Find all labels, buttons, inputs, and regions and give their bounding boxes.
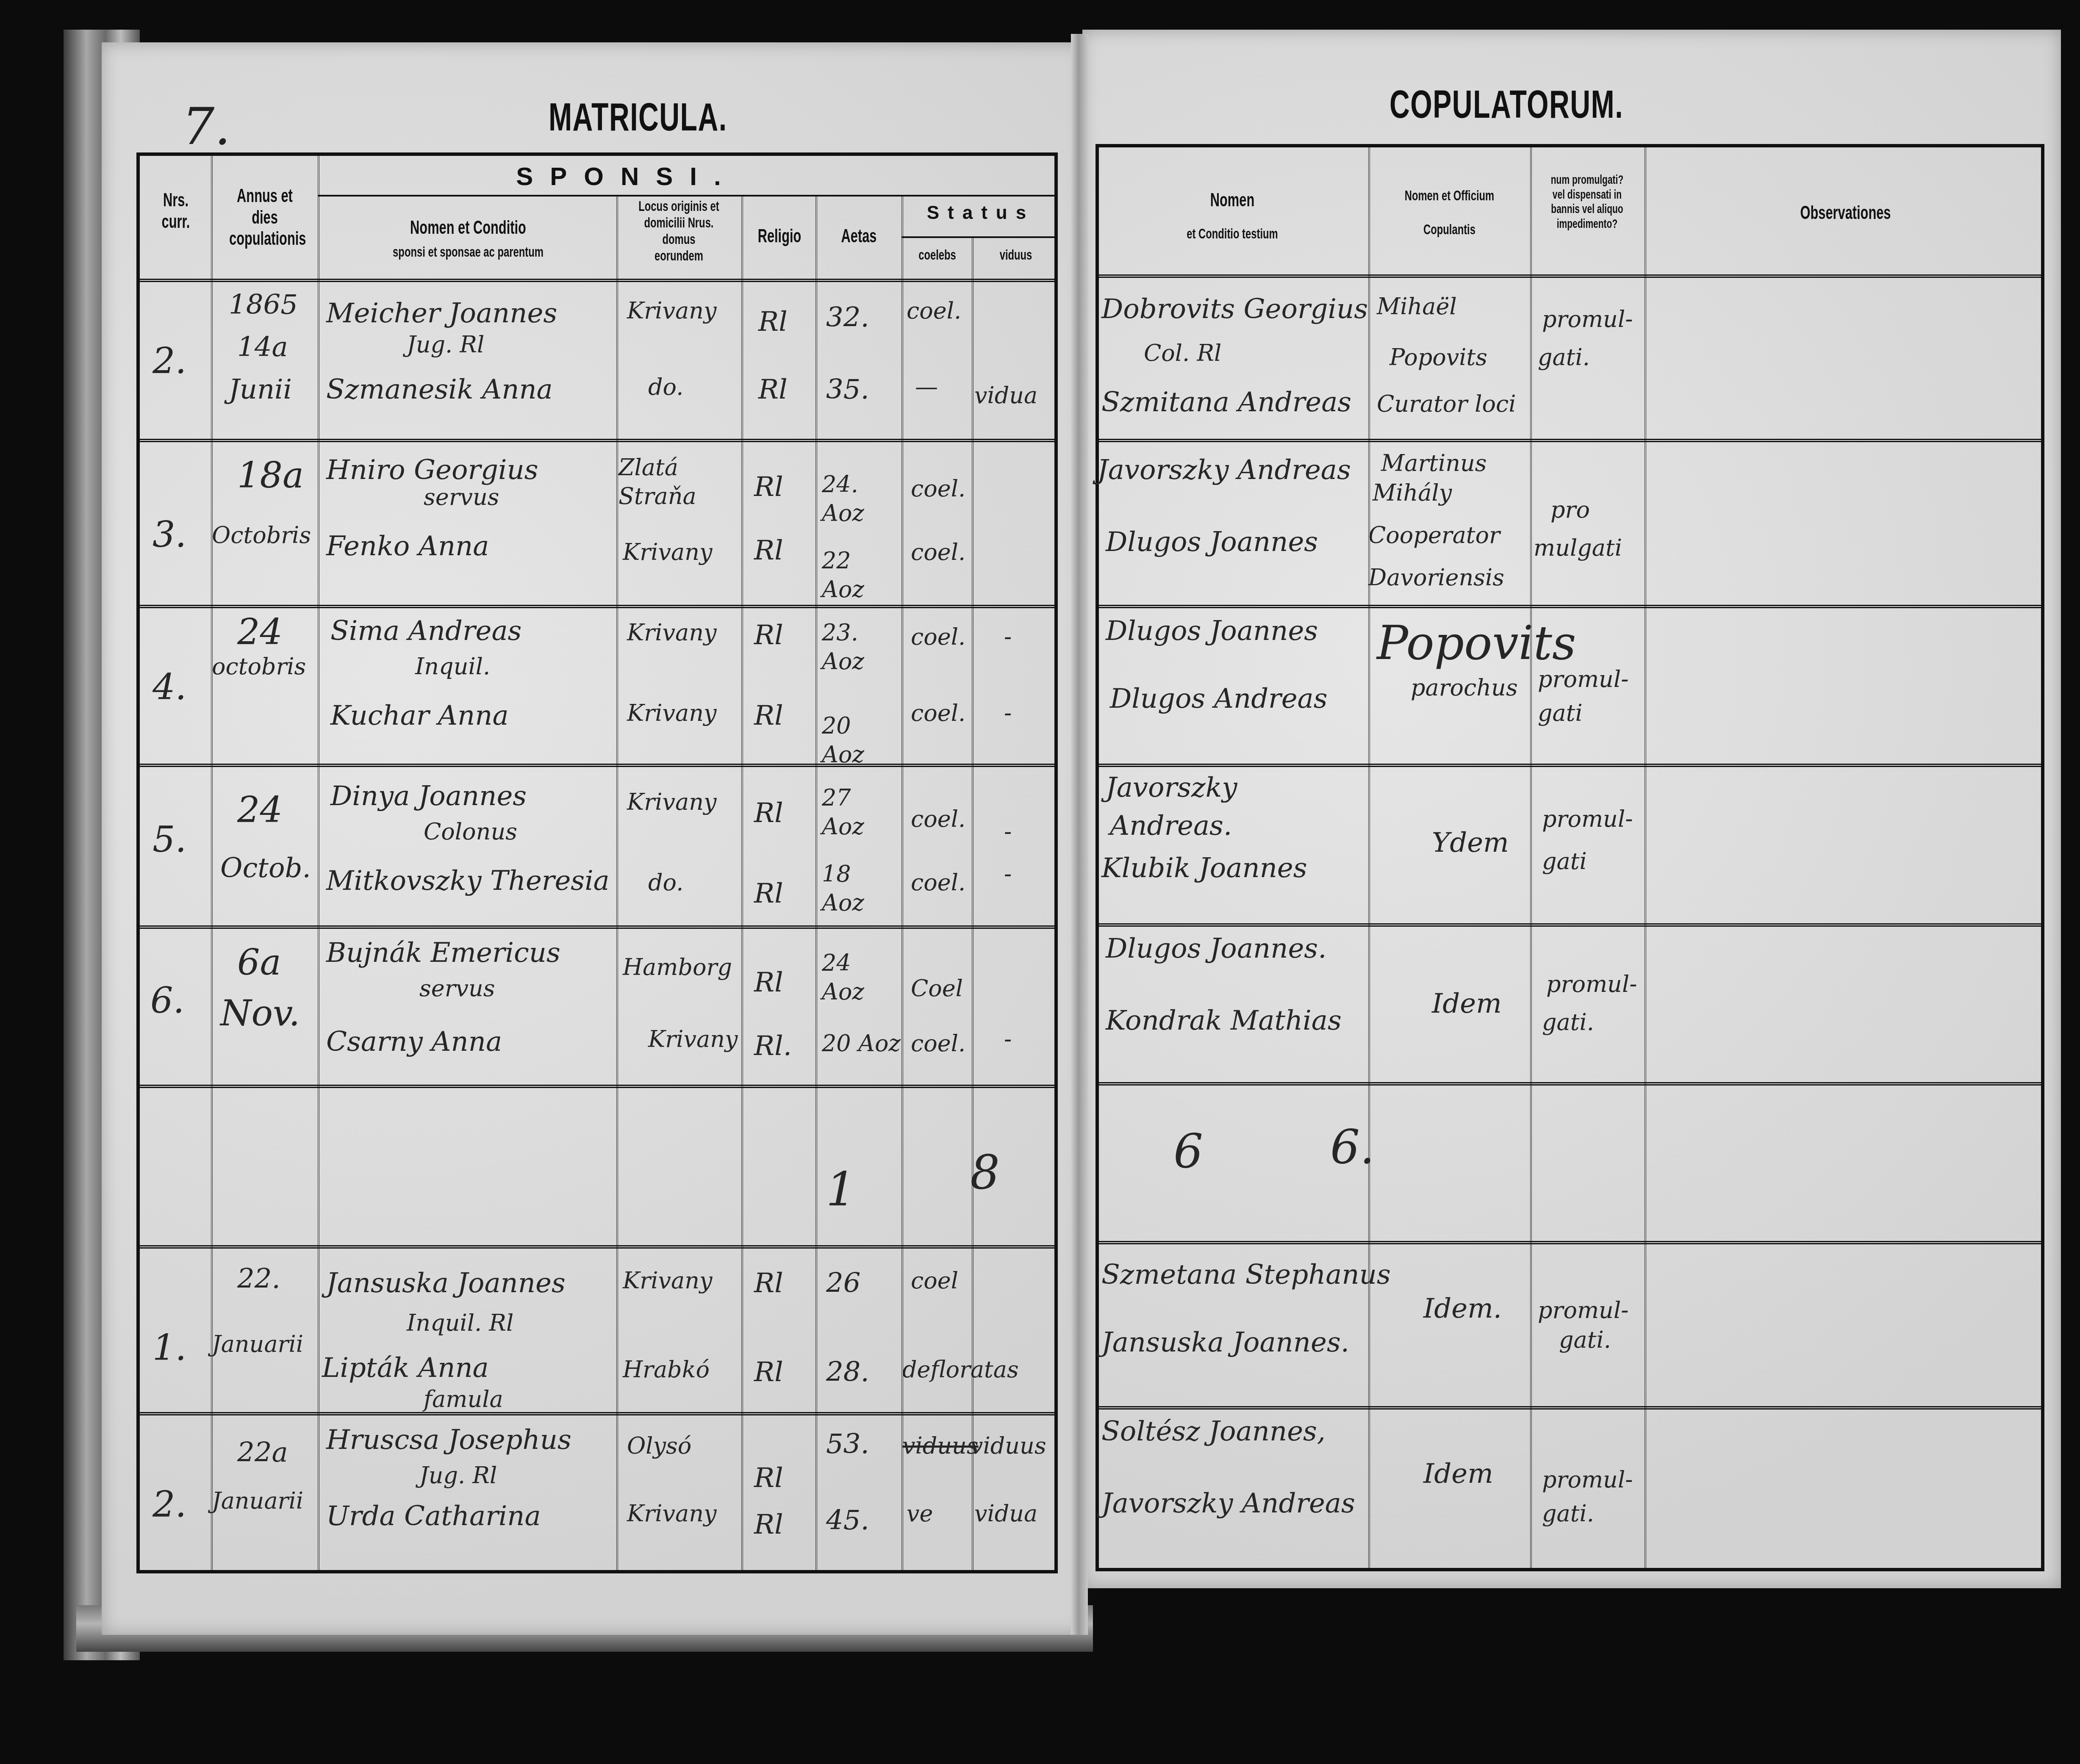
coelebs-bride: coel.	[911, 538, 965, 567]
date-day: 14a	[237, 330, 288, 364]
viduus-bride: -	[1004, 860, 1012, 889]
groom-name: Hruscsa Josephus	[326, 1423, 571, 1457]
copulans-line-1: Ydem	[1432, 826, 1509, 860]
coelebs-groom: coel.	[911, 805, 965, 834]
copulans-line-4: Davoriensis	[1368, 563, 1504, 592]
promulgati-1: pro	[1550, 496, 1590, 524]
groom-name: Meicher Joannes	[326, 296, 557, 330]
date-month: octobris	[212, 652, 306, 681]
religio-bride: Rl	[758, 373, 788, 407]
header-aetas: Aetas	[830, 226, 888, 247]
aetas-bride: 35.	[826, 373, 869, 407]
coelebs-groom: coel.	[911, 474, 965, 503]
date-month: Junii	[229, 373, 292, 407]
header-nrs: Nrs. curr.	[154, 190, 198, 233]
promulgati-2: gati.	[1542, 1499, 1594, 1528]
groom-condition: Inquil. Rl	[407, 1309, 513, 1338]
coelebs-bride: ve	[907, 1499, 933, 1528]
promulgati-2: gati	[1538, 699, 1583, 728]
copulans-line-2: parochus	[1411, 673, 1518, 702]
copulans-line-2: Popovits	[1389, 343, 1487, 372]
copulans-line-1: Idem	[1423, 1457, 1493, 1491]
testis-1: Javorszky Andreas	[1097, 453, 1351, 487]
header-viduus: viduus	[986, 247, 1046, 263]
coelebs-bride: coel.	[911, 699, 965, 728]
testis-1: Javorszky	[1106, 771, 1237, 805]
groom-condition: servus	[419, 974, 495, 1003]
religio-bride: Rl	[754, 1508, 783, 1542]
locus-groom: Krivany	[627, 618, 716, 647]
locus-bride: Hrabkó	[623, 1355, 710, 1384]
entry-number: 2.	[153, 339, 186, 383]
copulans-line-3: Curator loci	[1377, 390, 1516, 418]
promulgati-1: promul-	[1542, 1465, 1633, 1494]
testis-2: Javorszky Andreas	[1101, 1487, 1355, 1520]
testis-1-condition: Col. Rl	[1144, 339, 1221, 368]
header-testes-conditio: et Conditio testium	[1139, 226, 1326, 242]
date-day: 6a	[237, 940, 281, 985]
groom-condition: Inquil.	[415, 652, 490, 681]
religio-bride: Rl.	[754, 1029, 792, 1063]
testis-2: Jansuska Joannes.	[1101, 1326, 1349, 1360]
groom-condition: servus	[424, 483, 499, 512]
date-month: Nov.	[220, 991, 300, 1036]
groom-condition: Jug. Rl	[419, 1461, 497, 1490]
entry-number: 3.	[153, 512, 186, 557]
aetas-groom: 26	[826, 1266, 860, 1300]
groom-name: Sima Andreas	[330, 614, 521, 648]
locus-bride: Krivany	[627, 1499, 716, 1528]
testis-2: Dlugos Andreas	[1110, 682, 1328, 716]
testis-1: Soltész Joannes,	[1101, 1415, 1326, 1448]
date-month: Octob.	[220, 851, 311, 885]
religio-bride: Rl	[754, 877, 783, 911]
promulgati-2: gati	[1542, 847, 1587, 876]
religio-groom: Rl	[754, 470, 783, 504]
date-day: 18a	[237, 453, 304, 498]
religio-bride: Rl	[754, 1355, 783, 1389]
page-number: 7.	[182, 97, 231, 156]
copulans-line-1: Mihaël	[1377, 292, 1457, 321]
religio-groom: Rl	[754, 618, 783, 652]
coelebs-bride: —	[915, 373, 938, 402]
date-year: 1865	[229, 288, 298, 322]
aetas-groom: 27 Aoz	[822, 784, 868, 841]
promulgati-1: promul-	[1546, 970, 1637, 999]
promulgati-2: mulgati	[1534, 534, 1622, 562]
religio-groom: Rl	[754, 966, 783, 1000]
promulgati-2: gati.	[1559, 1326, 1611, 1354]
header-status: Status	[902, 202, 1059, 224]
entry-number: 5.	[153, 817, 186, 862]
bride-name: Lipták Anna	[322, 1351, 489, 1385]
entry-number: 2.	[153, 1482, 186, 1527]
year-digit-3: 6	[1173, 1122, 1203, 1181]
year-digit-4: 6.	[1330, 1118, 1375, 1177]
header-locus: Locus originis et domicilii Nrus. domus …	[637, 198, 721, 264]
copulans-line-1: Idem	[1432, 987, 1502, 1021]
aetas-bride: 22 Aoz	[822, 546, 868, 604]
date-day: 22.	[237, 1262, 280, 1296]
coelebs-bride: defloratas	[902, 1355, 1019, 1384]
aetas-groom: 24 Aoz	[822, 949, 868, 1006]
date-day: 24	[237, 788, 283, 832]
header-nomen-sub: sponsi et sponsae ac parentum	[366, 244, 571, 260]
promulgati-1: promul-	[1542, 805, 1633, 834]
header-coelebs: coelebs	[913, 247, 962, 263]
header-observationes: Observationes	[1706, 202, 1986, 224]
locus-groom: Olysó	[627, 1432, 691, 1460]
locus-bride: Krivany	[648, 1025, 738, 1054]
aetas-groom: 23. Aoz	[822, 618, 868, 676]
locus-bride: do.	[648, 868, 683, 897]
copulans-line-2: Mihály	[1373, 479, 1452, 507]
aetas-groom: 32.	[826, 301, 869, 335]
aetas-groom: 24. Aoz	[822, 470, 868, 527]
groom-name: Jansuska Joannes	[326, 1266, 566, 1300]
testis-1: Szmetana Stephanus	[1101, 1258, 1391, 1292]
header-promulgati: num promulgati? vel dispensati in bannis…	[1548, 173, 1627, 231]
entry-number: 1.	[153, 1326, 186, 1370]
groom-condition: Colonus	[424, 817, 517, 846]
testis-2: Kondrak Mathias	[1106, 1004, 1342, 1038]
promulgati-1: promul-	[1538, 665, 1628, 694]
right-page-title: COPULATORUM.	[1389, 83, 1623, 127]
viduus-bride: vidua	[974, 1499, 1037, 1528]
entry-number: 6.	[150, 978, 184, 1023]
groom-condition: Jug. Rl	[407, 330, 484, 359]
religio-groom: Rl	[754, 796, 783, 830]
viduus-groom: -	[1004, 817, 1012, 846]
aetas-bride: 28.	[826, 1355, 869, 1389]
date-month: Januarii	[212, 1487, 303, 1515]
header-copulans-officium: Copulantis	[1394, 222, 1505, 238]
coelebs-groom: Coel	[911, 974, 963, 1003]
viduus-bride: -	[1004, 699, 1012, 728]
header-sponsi: SPONSI.	[436, 162, 818, 191]
locus-bride: Krivany	[627, 699, 716, 728]
left-page-title: MATRICULA.	[549, 95, 727, 140]
locus-groom: Krivany	[623, 1266, 712, 1295]
viduus-groom: -	[1004, 623, 1012, 651]
bride-name: Szmanesik Anna	[326, 373, 553, 407]
bride-name: Csarny Anna	[326, 1025, 502, 1059]
coelebs-bride: coel.	[911, 1029, 965, 1058]
copulans-line-3: Cooperator	[1368, 521, 1500, 550]
aetas-groom: 53.	[826, 1427, 869, 1461]
religio-groom: Rl	[754, 1461, 783, 1495]
entry-number: 4.	[153, 665, 186, 709]
coelebs-groom: coel.	[911, 623, 965, 651]
bride-name: Kuchar Anna	[330, 699, 509, 733]
testis-2: Szmitana Andreas	[1101, 385, 1351, 419]
viduus-groom: viduus	[970, 1432, 1046, 1460]
religio-groom: Rl	[758, 305, 788, 339]
coelebs-bride: coel.	[911, 868, 965, 897]
header-nomen: Nomen et Conditio	[366, 217, 571, 239]
locus-groom: Zlatá Straňa	[618, 453, 733, 510]
date-day: 24	[237, 610, 283, 654]
copulans-line-1: Martinus	[1381, 449, 1487, 478]
bride-condition: famula	[424, 1385, 503, 1414]
book-gutter	[1071, 34, 1088, 1635]
testis-2: Klubik Joannes	[1101, 851, 1307, 885]
aetas-bride: 18 Aoz	[822, 860, 868, 917]
religio-groom: Rl	[754, 1266, 783, 1300]
year-digit-1: 1	[826, 1160, 856, 1219]
header-copulans-nomen: Nomen et Officium	[1394, 188, 1505, 204]
aetas-bride: 45.	[826, 1504, 869, 1537]
header-testes-nomen: Nomen	[1139, 190, 1326, 211]
promulgati-1: promul-	[1542, 305, 1633, 334]
locus-groom: Krivany	[627, 296, 716, 325]
testis-1: Dobrovits Georgius	[1101, 292, 1368, 326]
viduus-bride: -	[1004, 1025, 1012, 1054]
locus-bride: Krivany	[623, 538, 712, 567]
testis-1-cont: Andreas.	[1110, 809, 1232, 843]
groom-name: Dinya Joannes	[330, 779, 527, 813]
header-religio: Religio	[754, 226, 805, 247]
locus-groom: Hamborg	[623, 953, 732, 982]
copulans-line-1: Idem.	[1423, 1292, 1502, 1326]
groom-name: Hniro Georgius	[326, 453, 538, 487]
testis-1: Dlugos Joannes.	[1106, 932, 1327, 966]
religio-bride: Rl	[754, 534, 783, 568]
date-month: Octobris	[212, 521, 311, 550]
date-day: 22a	[237, 1436, 288, 1470]
coelebs-groom: viduus	[902, 1432, 979, 1460]
religio-bride: Rl	[754, 699, 783, 733]
promulgati-2: gati.	[1542, 1008, 1594, 1037]
bride-name: Mitkovszky Theresia	[326, 864, 610, 898]
testis-1: Dlugos Joannes	[1106, 614, 1318, 648]
date-month: Januarii	[212, 1330, 303, 1359]
testis-2: Dlugos Joannes	[1106, 525, 1318, 559]
bride-name: Fenko Anna	[326, 529, 489, 563]
coelebs-groom: coel	[911, 1266, 958, 1295]
year-digit-2: 8	[970, 1144, 1000, 1202]
locus-groom: Krivany	[627, 788, 716, 817]
aetas-bride: 20 Aoz	[822, 1029, 901, 1058]
coelebs-groom: coel.	[907, 296, 961, 325]
locus-bride: do.	[648, 373, 683, 402]
viduus-bride: vidua	[974, 381, 1037, 410]
header-annus: Annus et dies copulationis	[229, 186, 300, 250]
groom-name: Bujnák Emericus	[326, 936, 560, 970]
bride-name: Urda Catharina	[326, 1499, 541, 1533]
promulgati-2: gati.	[1538, 343, 1590, 372]
aetas-bride: 20 Aoz	[822, 712, 868, 769]
copulans-line-1: Popovits	[1377, 614, 1576, 673]
promulgati-1: promul-	[1538, 1296, 1628, 1325]
